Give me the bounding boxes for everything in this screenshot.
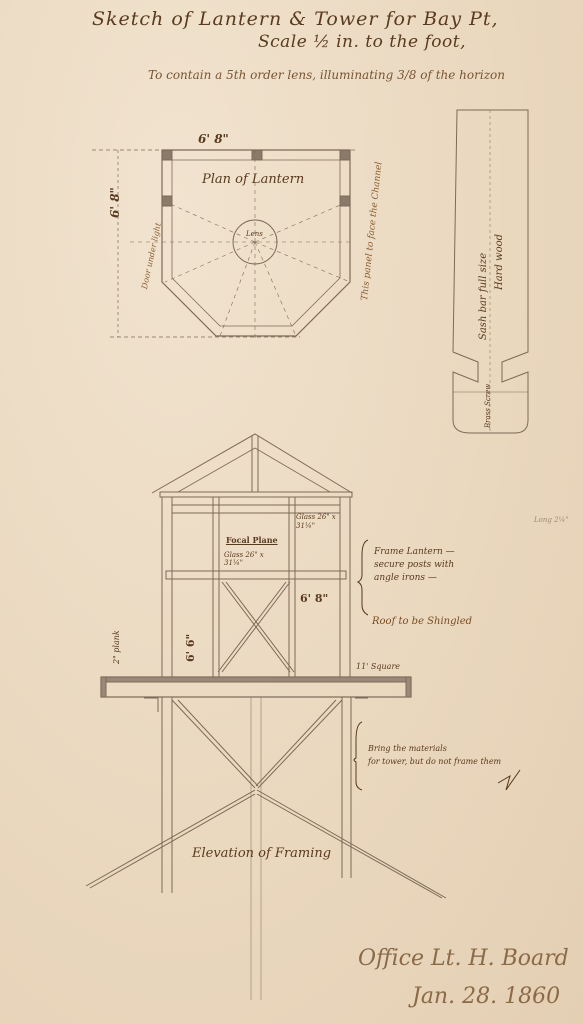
office-signature: Office Lt. H. Board [358,946,569,971]
frame-note-line: Frame Lantern — [374,546,455,559]
frame-note-line: secure posts with [374,559,455,572]
focal-plane-label: Focal Plane [226,535,278,545]
signature-date: Jan. 28. 1860 [412,984,560,1009]
material-note-line: for tower, but do not frame them [368,755,501,768]
post-height-dimension: 6' 6" [184,634,197,662]
material-note: Bring the materials for tower, but do no… [368,742,501,768]
sash-bar-material: Hard wood [494,234,505,290]
square-dimension: 11' Square [356,662,400,671]
plan-title: Plan of Lantern [202,172,304,187]
lens-label: Lens [246,230,263,238]
glass-right-label: Glass 26" x 31¼" [296,513,346,531]
lantern-height-dimension: 6' 8" [300,592,328,605]
glass-left-label: Glass 26" x 31¼" [224,551,284,567]
sash-bar-label: Sash bar full size [478,253,489,340]
plank-dimension: 2" plank [112,630,121,664]
margin-note: Long 2¼" [534,516,569,524]
frame-note: Frame Lantern — secure posts with angle … [374,546,455,585]
elevation-title: Elevation of Framing [192,846,331,861]
frame-note-line: angle irons — [374,572,455,585]
plan-width-dimension: 6' 8" [198,132,229,146]
plan-height-dimension: 6' 8" [108,187,122,218]
material-note-line: Bring the materials [368,742,501,755]
brass-screw-label: Brass Screw [484,384,492,428]
roof-note: Roof to be Shingled [372,616,472,627]
drawing-sheet: Sketch of Lantern & Tower for Bay Pt, Sc… [0,0,583,1024]
platform [101,677,411,697]
technical-drawing [0,0,583,1024]
